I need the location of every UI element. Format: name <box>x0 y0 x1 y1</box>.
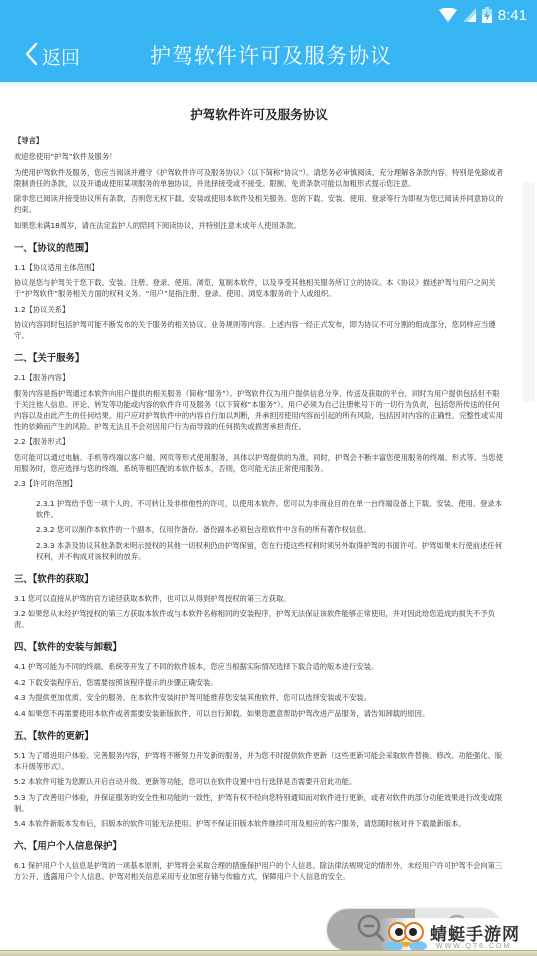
clause-paragraph: 4.2 下载安装程序后，您需要按照该程序提示的步骤正确安装。 <box>14 677 504 688</box>
subsection-heading: 1.1【协议适用主体范围】 <box>14 262 504 273</box>
intro-paragraph: 除非您已阅读并接受协议所有条款，否则您无权下载、安装或使用本软件及相关服务。您的… <box>14 193 504 215</box>
clause-paragraph: 5.3 为了改善用户体验，并保证服务的安全性和功能的一致性，护驾有权不经向您特别… <box>14 792 504 814</box>
bottom-taskbar-strip <box>0 950 537 956</box>
intro-paragraph: 为使用护驾软件及服务，您应当阅读并遵守《护驾软件许可及服务协议》（以下简称“协议… <box>14 167 504 189</box>
document-title: 护驾软件许可及服务协议 <box>14 107 504 123</box>
scrollbar-track[interactable] <box>518 87 537 956</box>
clause-paragraph: 您可能可以通过电脑、手机等终端以客户端、网页等形式使用服务，具体以护驾提供的为准… <box>14 452 504 474</box>
agreement-document[interactable]: 护驾软件许可及服务协议 【导言】 欢迎您使用“护驾”软件及服务！ 为使用护驾软件… <box>0 87 518 956</box>
watermark-url: WWW.QT6.COM <box>436 943 511 950</box>
clause-paragraph: 3.2 如果您从未经护驾授权的第三方获取本软件或与本软件名称相同的安装程序，护驾… <box>14 608 504 630</box>
clause-paragraph: 3.1 您可以直接从护驾的官方途径获取本软件，也可以从得到护驾授权的第三方获取。 <box>14 593 504 604</box>
clause-paragraph: 2.3.1 护驾给予您一项个人的、不可转让及非排他性的许可，以使用本软件。您可以… <box>14 498 504 520</box>
clause-paragraph: 协议内容同时包括护驾可能不断发布的关于服务的相关协议、业务规则等内容。上述内容一… <box>14 319 504 341</box>
section-heading: 三、【软件的获取】 <box>14 573 504 586</box>
wifi-icon <box>439 8 457 22</box>
clause-paragraph: 5.1 为了增进用户体验、完善服务内容，护驾将不断努力开发新的服务，并为您不时提… <box>14 750 504 772</box>
back-label: 返回 <box>42 43 80 70</box>
section-heading: 一、【协议的范围】 <box>14 242 504 255</box>
scrollbar-thumb[interactable] <box>523 182 535 402</box>
clause-paragraph: 协议是您与护驾关于您下载、安装、注册、登录、使用、浏览、复制本软件，以及享受其他… <box>14 277 504 299</box>
nav-bar: 返回 护驾软件许可及服务协议 <box>0 30 537 82</box>
subsection-heading: 2.3【许可的范围】 <box>14 478 504 489</box>
section-heading: 四、【软件的安装与卸载】 <box>14 641 504 654</box>
cell-signal-icon <box>463 8 476 22</box>
chevron-left-icon <box>24 42 38 70</box>
clause-paragraph: 2.3.2 您可以制作本软件的一个副本，仅用作备份。备份副本必须包含原软件中含有… <box>14 524 504 535</box>
clause-paragraph: 4.3 为提供更加优质、安全的服务，在本软件安装时护驾可能推荐您安装其他软件，您… <box>14 692 504 703</box>
intro-paragraph: 如果您未满18周岁，请在法定监护人的陪同下阅读协议，并特别注意未成年人使用条款。 <box>14 220 504 231</box>
back-button[interactable]: 返回 <box>24 30 80 82</box>
subsection-heading: 2.1【服务内容】 <box>14 372 504 383</box>
page-title: 护驾软件许可及服务协议 <box>150 30 392 82</box>
battery-charging-icon <box>482 7 492 23</box>
clause-paragraph: 服务内容是指护驾通过本软件向用户提供的相关服务（简称“服务”）。护驾软件仅为用户… <box>14 388 504 432</box>
subsection-heading: 2.2【服务形式】 <box>14 436 504 447</box>
sections: 一、【协议的范围】1.1【协议适用主体范围】协议是您与护驾关于您下载、安装、注册… <box>14 242 504 883</box>
status-icons: 8:41 <box>439 6 527 24</box>
watermark-name: 蜻蜓手游网 <box>430 920 520 945</box>
clause-paragraph: 5.2 本软件可能为您默认开启自动升级、更新等功能，您可以在软件设置中自行选择是… <box>14 776 504 787</box>
subsection-heading: 1.2【协议关系】 <box>14 304 504 315</box>
section-heading: 二、【关于服务】 <box>14 352 504 365</box>
clause-paragraph: 4.4 如果您不再需要使用本软件或者需要安装新版软件，可以自行卸载。如果您愿意帮… <box>14 708 504 719</box>
clause-paragraph: 6.1 保护用户个人信息是护驾的一项基本原则，护驾将会采取合理的措施保护用户的个… <box>14 860 504 882</box>
clause-paragraph: 4.1 护驾可能为不同的终端、系统等开发了不同的软件版本，您应当根据实际情况选择… <box>14 661 504 672</box>
intro-paragraph: 欢迎您使用“护驾”软件及服务！ <box>14 151 504 162</box>
clause-paragraph: 2.3.3 本条及协议其他条款未明示授权的其他一切权利仍由护驾保留，您在行使这些… <box>14 540 504 562</box>
section-heading: 六、【用户个人信息保护】 <box>14 840 504 853</box>
status-bar: 8:41 <box>0 0 537 30</box>
intro-label: 【导言】 <box>14 135 504 146</box>
section-heading: 五、【软件的更新】 <box>14 730 504 743</box>
clock: 8:41 <box>498 7 527 24</box>
clause-paragraph: 5.4 本软件新版本发布后，旧版本的软件可能无法使用。护驾不保证旧版本软件继续可… <box>14 818 504 829</box>
